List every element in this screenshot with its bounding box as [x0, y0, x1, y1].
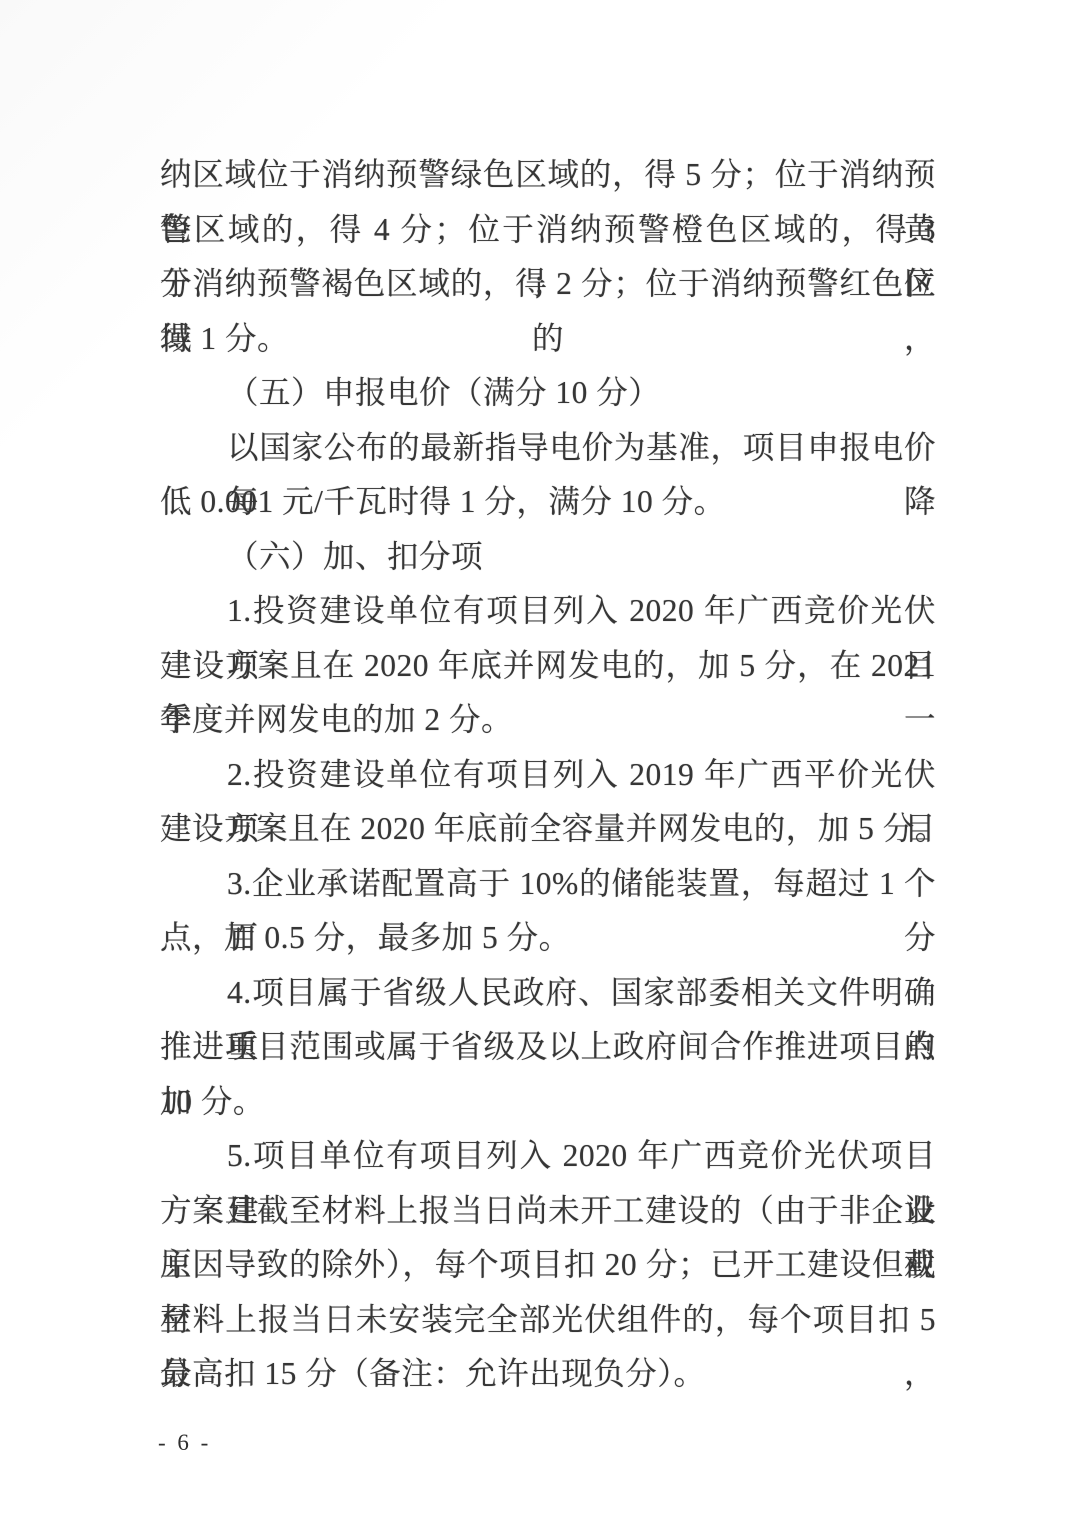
paragraph-declared-tariff: 以国家公布的最新指导电价为基准，项目申报电价每降 低 0.001 元/千瓦时得 … [160, 421, 936, 530]
doc-line: 原因导致的除外），每个项目扣 20 分；已开工建设但截至 [160, 1238, 936, 1293]
doc-line: 以国家公布的最新指导电价为基准，项目申报电价每降 [160, 421, 936, 476]
doc-line: 1.投资建设单位有项目列入 2020 年广西竞价光伏项目 [160, 584, 936, 639]
paragraph-item-5: 5.项目单位有项目列入 2020 年广西竞价光伏项目建设 方案且截至材料上报当日… [160, 1129, 936, 1402]
doc-line: 材料上报当日未安装完全部光伏组件的，每个项目扣 5 分， [160, 1293, 936, 1348]
section-heading: （五）申报电价（满分 10 分） [160, 366, 936, 421]
paragraph-item-4: 4.项目属于省级人民政府、国家部委相关文件明确重点 推进项目范围或属于省级及以上… [160, 966, 936, 1130]
heading-section-6: （六）加、扣分项 [160, 530, 936, 585]
doc-line: 于消纳预警褐色区域的，得 2 分；位于消纳预警红色区域的， [160, 257, 936, 312]
doc-line: 4.项目属于省级人民政府、国家部委相关文件明确重点 [160, 966, 936, 1021]
doc-line: 纳区域位于消纳预警绿色区域的，得 5 分；位于消纳预警黄 [160, 148, 936, 203]
page-number: - 6 - [158, 1428, 211, 1458]
paragraph-item-2: 2.投资建设单位有项目列入 2019 年广西平价光伏项目 建设方案且在 2020… [160, 748, 936, 857]
doc-line: 方案且截至材料上报当日尚未开工建设的（由于非企业主观 [160, 1184, 936, 1239]
paragraph-consumption-scoring-continued: 纳区域位于消纳预警绿色区域的，得 5 分；位于消纳预警黄 色区域的，得 4 分；… [160, 148, 936, 366]
doc-line: 色区域的，得 4 分；位于消纳预警橙色区域的，得 3 分；位 [160, 203, 936, 258]
document-body: 纳区域位于消纳预警绿色区域的，得 5 分；位于消纳预警黄 色区域的，得 4 分；… [160, 148, 936, 1402]
doc-line: 3.企业承诺配置高于 10%的储能装置，每超过 1 个百分 [160, 857, 936, 912]
doc-line: 5.项目单位有项目列入 2020 年广西竞价光伏项目建设 [160, 1129, 936, 1184]
paragraph-item-3: 3.企业承诺配置高于 10%的储能装置，每超过 1 个百分 点，加 0.5 分，… [160, 857, 936, 966]
section-heading: （六）加、扣分项 [160, 530, 936, 585]
paragraph-item-1: 1.投资建设单位有项目列入 2020 年广西竞价光伏项目 建设方案且在 2020… [160, 584, 936, 748]
doc-line: 推进项目范围或属于省级及以上政府间合作推进项目的加 [160, 1020, 936, 1075]
doc-line: 2.投资建设单位有项目列入 2019 年广西平价光伏项目 [160, 748, 936, 803]
heading-section-5: （五）申报电价（满分 10 分） [160, 366, 936, 421]
scanned-document-page: 纳区域位于消纳预警绿色区域的，得 5 分；位于消纳预警黄 色区域的，得 4 分；… [0, 0, 1080, 1527]
doc-line: 建设方案且在 2020 年底并网发电的，加 5 分，在 2021 年一 [160, 639, 936, 694]
doc-line: 10 分。 [160, 1075, 936, 1130]
doc-line: 建设方案且在 2020 年底前全容量并网发电的，加 5 分。 [160, 802, 936, 857]
